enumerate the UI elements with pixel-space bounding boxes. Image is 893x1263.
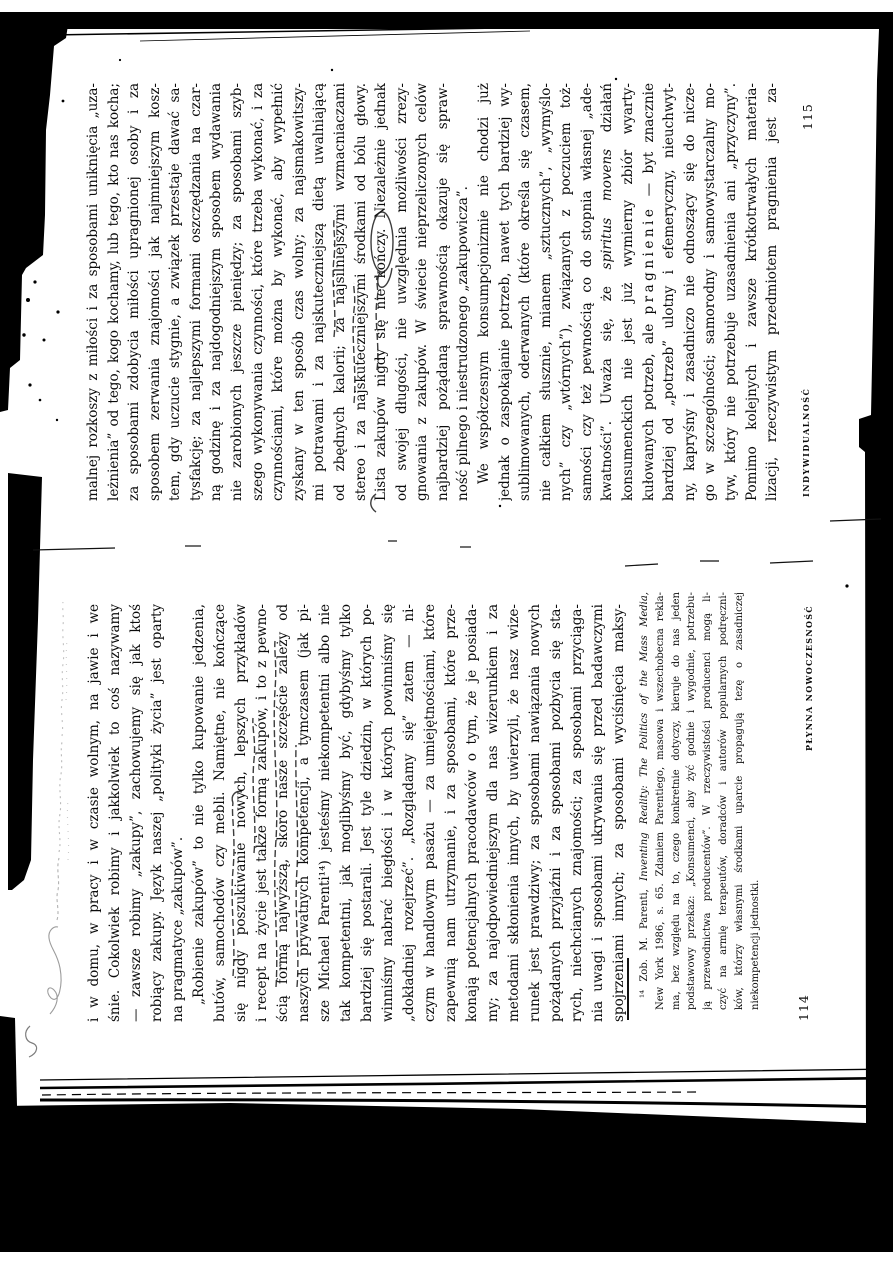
scanned-book-spread: malnej rozkoszy z miłości i za sposobami… bbox=[0, 0, 893, 1263]
handwritten-marginalia bbox=[0, 0, 893, 1263]
pencil-curl-mark bbox=[26, 1026, 37, 1057]
